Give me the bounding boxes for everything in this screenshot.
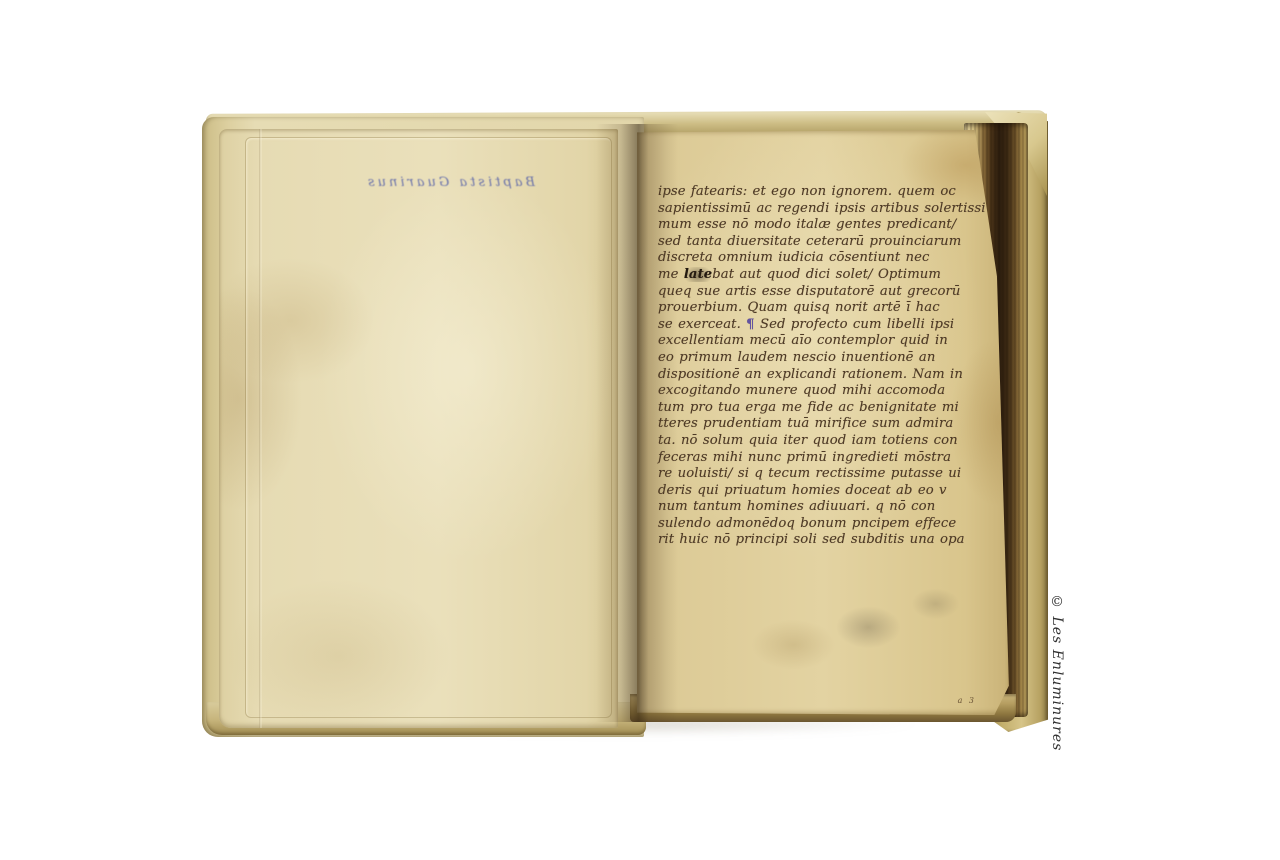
manuscript-line: feceras mihi nunc primū ingredieti mōstr… xyxy=(658,450,960,467)
manuscript-line: discreta omnium iudicia cōsentiunt nec xyxy=(658,250,960,267)
left-page: Baptista Guarinus xyxy=(219,129,618,728)
manuscript-line: sed tanta diuersitate ceterarū prouincia… xyxy=(658,234,960,251)
manuscript-line: tum pro tua erga me fide ac benignitate … xyxy=(658,400,960,417)
right-page: ipse fatearis: et ego non ignorem. quem … xyxy=(637,130,1010,715)
manuscript-line: sulendo admonēdoq bonum pncipem effece xyxy=(658,516,960,533)
manuscript-line: eo primum laudem nescio inuentionē an xyxy=(658,350,960,367)
manuscript-text-block: ipse fatearis: et ego non ignorem. quem … xyxy=(658,184,960,549)
manuscript-line: ta. nō solum quia iter quod iam totiens … xyxy=(658,433,960,450)
quire-signature: a 3 xyxy=(958,696,976,705)
manuscript-line: excogitando munere quod mihi accomoda xyxy=(658,383,960,400)
copyright-watermark: © Les Enluminures xyxy=(1049,594,1065,734)
manuscript-line: prouerbium. Quam quisq norit artē ī hac xyxy=(658,300,960,317)
manuscript-line: num tantum homines adiuuari. q nō con xyxy=(658,499,960,516)
manuscript-line: se exerceat. ¶ Sed profecto cum libelli … xyxy=(658,317,960,334)
manuscript-line: sapientissimū ac regendi ipsis artibus s… xyxy=(658,201,960,218)
manuscript-line: deris qui priuatum homies doceat ab eo v xyxy=(658,483,960,500)
manuscript-line: rit huic nō principi soli sed subditis u… xyxy=(658,532,960,549)
manuscript-line: ipse fatearis: et ego non ignorem. quem … xyxy=(658,184,960,201)
manuscript-line: excellentiam mecū aīo contemplor quid in xyxy=(658,333,960,350)
manuscript-line: dispositionē an explicandi rationem. Nam… xyxy=(658,367,960,384)
manuscript-line: queq sue artis esse disputatorē aut grec… xyxy=(658,284,960,301)
ownership-inscription: Baptista Guarinus xyxy=(329,175,571,190)
manuscript-line: re uoluisti/ si q tecum rectissime putas… xyxy=(658,466,960,483)
manuscript-line: me latebat aut quod dici solet/ Optimum xyxy=(658,267,960,284)
manuscript-line: mum esse nō modo italæ gentes predicant/ xyxy=(658,217,960,234)
manuscript-line: tteres prudentiam tuā mirifice sum admir… xyxy=(658,416,960,433)
photo-canvas: Baptista Guarinus ipse fatearis: et ego … xyxy=(0,0,1280,860)
